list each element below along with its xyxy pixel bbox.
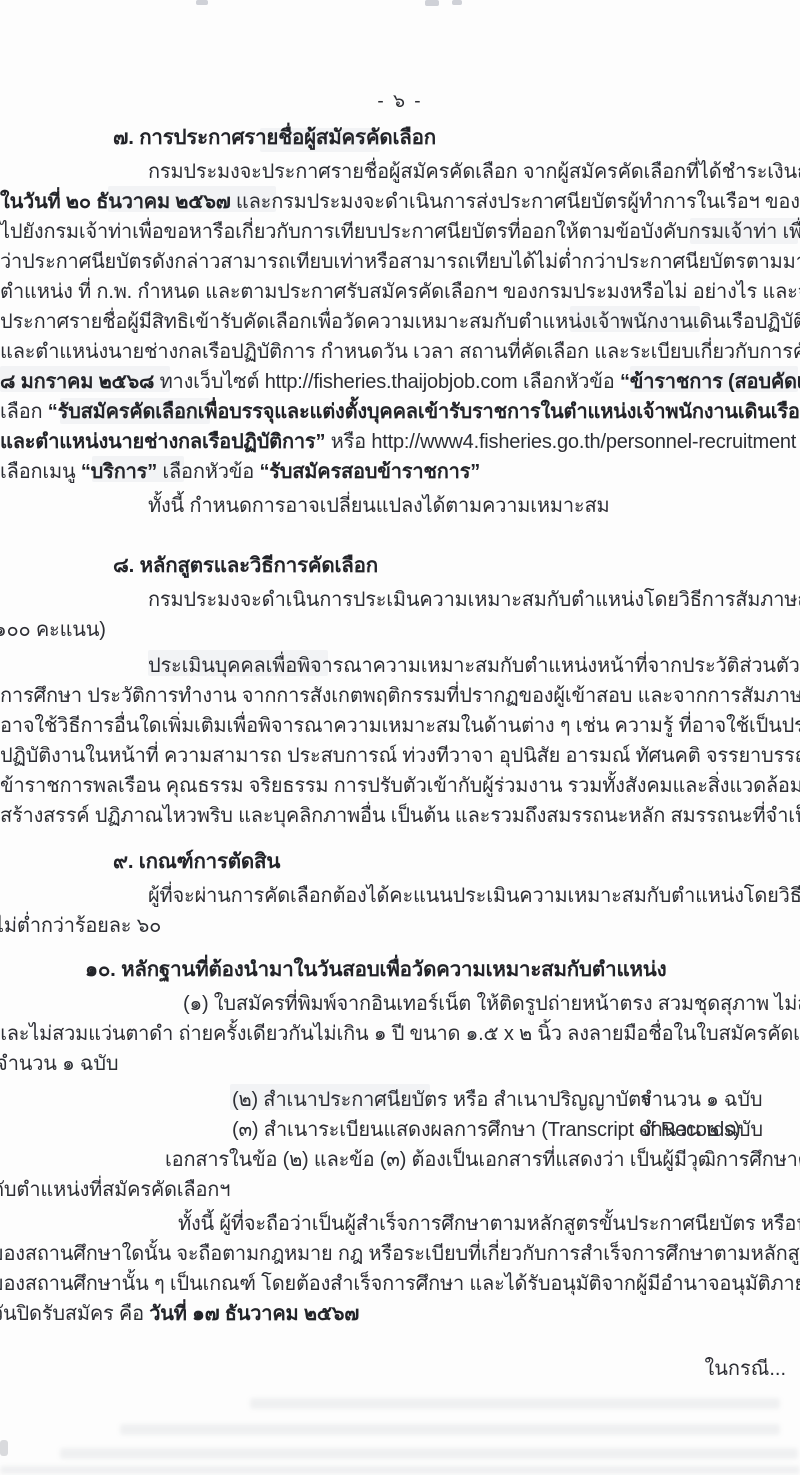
run-text: เอกสารในข้อ (๒) และข้อ (๓) ต้องเป็นเอกสา… — [165, 1149, 800, 1171]
text-line: ทั้งนี้ กำหนดการอาจเปลี่ยนแปลงได้ตามความ… — [148, 492, 609, 520]
run-text: จำนวน ๑ ฉบับ — [0, 1053, 118, 1075]
run-text: จำนวน ๑ ฉบับ — [640, 1086, 762, 1114]
text-line: ไปยังกรมเจ้าท่าเพื่อขอหารือเกี่ยวกับการเ… — [0, 218, 800, 246]
scan-bleedthrough — [60, 1448, 798, 1459]
run-text: ตำแหน่ง ที่ ก.พ. กำหนด และตามประกาศรับสม… — [0, 281, 800, 303]
run-text: ๑๐๐ คะแนน) — [0, 619, 106, 641]
scan-bleedthrough — [0, 1466, 800, 1474]
text-line: การศึกษา ประวัติการทำงาน จากการสังเกตพฤต… — [0, 682, 800, 710]
run-text: กับตำแหน่งที่สมัครคัดเลือกฯ — [0, 1179, 230, 1201]
text-line: ๘ มกราคม ๒๕๖๘ ทางเว็บไซต์ http://fisheri… — [0, 368, 800, 396]
text-line: ในวันที่ ๒๐ ธันวาคม ๒๕๖๗ และกรมประมงจะดำ… — [0, 188, 800, 216]
run-text: ไม่ต่ำกว่าร้อยละ ๖๐ — [0, 915, 161, 937]
emphasis-text: และตำแหน่งนายช่างกลเรือปฏิบัติการ” — [0, 431, 325, 453]
text-line: ปฏิบัติงานในหน้าที่ ความสามารถ ประสบการณ… — [0, 742, 800, 770]
run-text: ทั้งนี้ ผู้ที่จะถือว่าเป็นผู้สำเร็จการศึ… — [178, 1213, 800, 1235]
run-text: ไปยังกรมเจ้าท่าเพื่อขอหารือเกี่ยวกับการเ… — [0, 221, 800, 243]
run-text: จำนวน ๒ ฉบับ — [640, 1116, 763, 1144]
run-text: ของสถานศึกษาใดนั้น จะถือตามกฎหมาย กฎ หรื… — [0, 1243, 800, 1265]
run-text: การศึกษา ประวัติการทำงาน จากการสังเกตพฤต… — [0, 685, 800, 707]
scan-bleedthrough — [120, 1424, 780, 1435]
scan-bleedthrough — [250, 1398, 780, 1409]
text-line: เอกสารในข้อ (๒) และข้อ (๓) ต้องเป็นเอกสา… — [165, 1146, 800, 1174]
section-heading: ๘. หลักสูตรและวิธีการคัดเลือก — [113, 552, 378, 580]
emphasis-text: ๙. เกณฑ์การตัดสิน — [113, 850, 280, 873]
document-page: - ๖ - ๗. การประกาศรายชื่อผู้สมัครคัดเลือ… — [0, 0, 800, 1475]
text-line: และตำแหน่งนายช่างกลเรือปฏิบัติการ กำหนดว… — [0, 338, 800, 366]
scan-smudge — [196, 0, 208, 5]
text-line: (๓) สำเนาระเบียนแสดงผลการศึกษา (Transcri… — [232, 1116, 740, 1144]
run-text: ทางเว็บไซต์ http://fisheries.thaijobjob.… — [154, 371, 620, 393]
text-line: จำนวน ๑ ฉบับ — [0, 1050, 118, 1078]
emphasis-text: ในวันที่ ๒๐ ธันวาคม ๒๕๖๗ — [0, 191, 231, 213]
run-text: กรมประมงจะประกาศรายชื่อผู้สมัครคัดเลือก … — [148, 161, 800, 183]
run-text: หรือ http://www4.fisheries.go.th/personn… — [325, 431, 796, 453]
run-text: ผู้ที่จะผ่านการคัดเลือกต้องได้คะแนนประเม… — [148, 885, 800, 907]
text-line: สร้างสรรค์ ปฏิภาณไหวพริบ และบุคลิกภาพอื่… — [0, 802, 800, 830]
text-line: ทั้งนี้ ผู้ที่จะถือว่าเป็นผู้สำเร็จการศึ… — [178, 1210, 800, 1238]
emphasis-text: “บริการ” — [81, 461, 157, 483]
run-text: ของสถานศึกษานั้น ๆ เป็นเกณฑ์ โดยต้องสำเร… — [0, 1273, 800, 1295]
text-line: ผู้ที่จะผ่านการคัดเลือกต้องได้คะแนนประเม… — [148, 882, 800, 910]
emphasis-text: วันที่ ๑๗ ธันวาคม ๒๕๖๗ — [149, 1303, 359, 1325]
emphasis-text: ๑๐. หลักฐานที่ต้องนำมาในวันสอบเพื่อวัดคว… — [85, 958, 666, 981]
section-heading: ๑๐. หลักฐานที่ต้องนำมาในวันสอบเพื่อวัดคว… — [85, 956, 666, 984]
run-text: และตำแหน่งนายช่างกลเรือปฏิบัติการ กำหนดว… — [0, 341, 800, 363]
run-text: และกรมประมงจะดำเนินการส่งประกาศนียบัตรผู… — [231, 191, 800, 213]
text-line: ๑๐๐ คะแนน) — [0, 616, 106, 644]
run-text: และไม่สวมแว่นตาดำ ถ่ายครั้งเดียวกันไม่เก… — [0, 1023, 800, 1045]
text-line: ไม่ต่ำกว่าร้อยละ ๖๐ — [0, 912, 161, 940]
text-line: ข้าราชการพลเรือน คุณธรรม จริยธรรม การปรั… — [0, 772, 800, 800]
emphasis-text: “รับสมัครคัดเลือกเพื่อบรรจุและแต่งตั้งบุ… — [48, 401, 800, 423]
text-line: (๑) ใบสมัครที่พิมพ์จากอินเทอร์เน็ต ให้ติ… — [183, 990, 800, 1018]
text-line: เลือก “รับสมัครคัดเลือกเพื่อบรรจุและแต่ง… — [0, 398, 800, 426]
run-text: สร้างสรรค์ ปฏิภาณไหวพริบ และบุคลิกภาพอื่… — [0, 805, 800, 827]
text-line: ของสถานศึกษานั้น ๆ เป็นเกณฑ์ โดยต้องสำเร… — [0, 1270, 800, 1298]
scan-smudge — [425, 0, 439, 6]
continuation-marker: ในกรณี... — [704, 1352, 786, 1384]
run-text: ว่าประกาศนียบัตรดังกล่าวสามารถเทียบเท่าห… — [0, 251, 800, 273]
emphasis-text: “รับสมัครสอบข้าราชการ” — [259, 461, 480, 483]
text-line: (๒) สำเนาประกาศนียบัตร หรือ สำเนาปริญญาบ… — [232, 1086, 651, 1114]
text-line: ประเมินบุคคลเพื่อพิจารณาความเหมาะสมกับตำ… — [148, 652, 800, 680]
text-line: ว่าประกาศนียบัตรดังกล่าวสามารถเทียบเท่าห… — [0, 248, 800, 276]
text-line: ประกาศรายชื่อผู้มีสิทธิเข้ารับคัดเลือกเพ… — [0, 308, 800, 336]
text-line: อาจใช้วิธีการอื่นใดเพิ่มเติมเพื่อพิจารณา… — [0, 712, 800, 740]
run-text: (๑) ใบสมัครที่พิมพ์จากอินเทอร์เน็ต ให้ติ… — [183, 993, 800, 1015]
emphasis-text: ๗. การประกาศรายชื่อผู้สมัครคัดเลือก — [113, 126, 436, 149]
run-text: ทั้งนี้ กำหนดการอาจเปลี่ยนแปลงได้ตามความ… — [148, 495, 609, 517]
scan-bleedthrough — [0, 1440, 8, 1456]
text-line: กรมประมงจะดำเนินการประเมินความเหมาะสมกับ… — [148, 586, 800, 614]
page-number: - ๖ - — [0, 86, 800, 116]
emphasis-text: ๘. หลักสูตรและวิธีการคัดเลือก — [113, 554, 378, 577]
section-heading: ๗. การประกาศรายชื่อผู้สมัครคัดเลือก — [113, 124, 436, 152]
run-text: ประเมินบุคคลเพื่อพิจารณาความเหมาะสมกับตำ… — [148, 655, 800, 677]
run-text: เลือกหัวข้อ — [157, 461, 259, 483]
text-line: ของสถานศึกษาใดนั้น จะถือตามกฎหมาย กฎ หรื… — [0, 1240, 800, 1268]
run-text: ปฏิบัติงานในหน้าที่ ความสามารถ ประสบการณ… — [0, 745, 800, 767]
run-text: เลือกเมนู — [0, 461, 81, 483]
text-line: เลือกเมนู “บริการ” เลือกหัวข้อ “รับสมัคร… — [0, 458, 480, 486]
text-line: และตำแหน่งนายช่างกลเรือปฏิบัติการ” หรือ … — [0, 428, 796, 456]
text-line: กับตำแหน่งที่สมัครคัดเลือกฯ — [0, 1176, 230, 1204]
emphasis-text: ๘ มกราคม ๒๕๖๘ — [0, 371, 154, 393]
run-text: ข้าราชการพลเรือน คุณธรรม จริยธรรม การปรั… — [0, 775, 800, 797]
text-line: วันปิดรับสมัคร คือ วันที่ ๑๗ ธันวาคม ๒๕๖… — [0, 1300, 359, 1328]
run-text: อาจใช้วิธีการอื่นใดเพิ่มเติมเพื่อพิจารณา… — [0, 715, 800, 737]
run-text: วันปิดรับสมัคร คือ — [0, 1303, 149, 1325]
text-line: และไม่สวมแว่นตาดำ ถ่ายครั้งเดียวกันไม่เก… — [0, 1020, 800, 1048]
run-text: ประกาศรายชื่อผู้มีสิทธิเข้ารับคัดเลือกเพ… — [0, 311, 800, 333]
scan-smudge — [452, 0, 462, 5]
section-heading: ๙. เกณฑ์การตัดสิน — [113, 848, 280, 876]
run-text: กรมประมงจะดำเนินการประเมินความเหมาะสมกับ… — [148, 589, 800, 611]
run-text: (๒) สำเนาประกาศนียบัตร หรือ สำเนาปริญญาบ… — [232, 1089, 651, 1111]
text-line: ตำแหน่ง ที่ ก.พ. กำหนด และตามประกาศรับสม… — [0, 278, 800, 306]
emphasis-text: “ข้าราชการ (สอบคัดเลือก)” — [620, 371, 800, 393]
run-text: เลือก — [0, 401, 48, 423]
text-line: กรมประมงจะประกาศรายชื่อผู้สมัครคัดเลือก … — [148, 158, 800, 186]
